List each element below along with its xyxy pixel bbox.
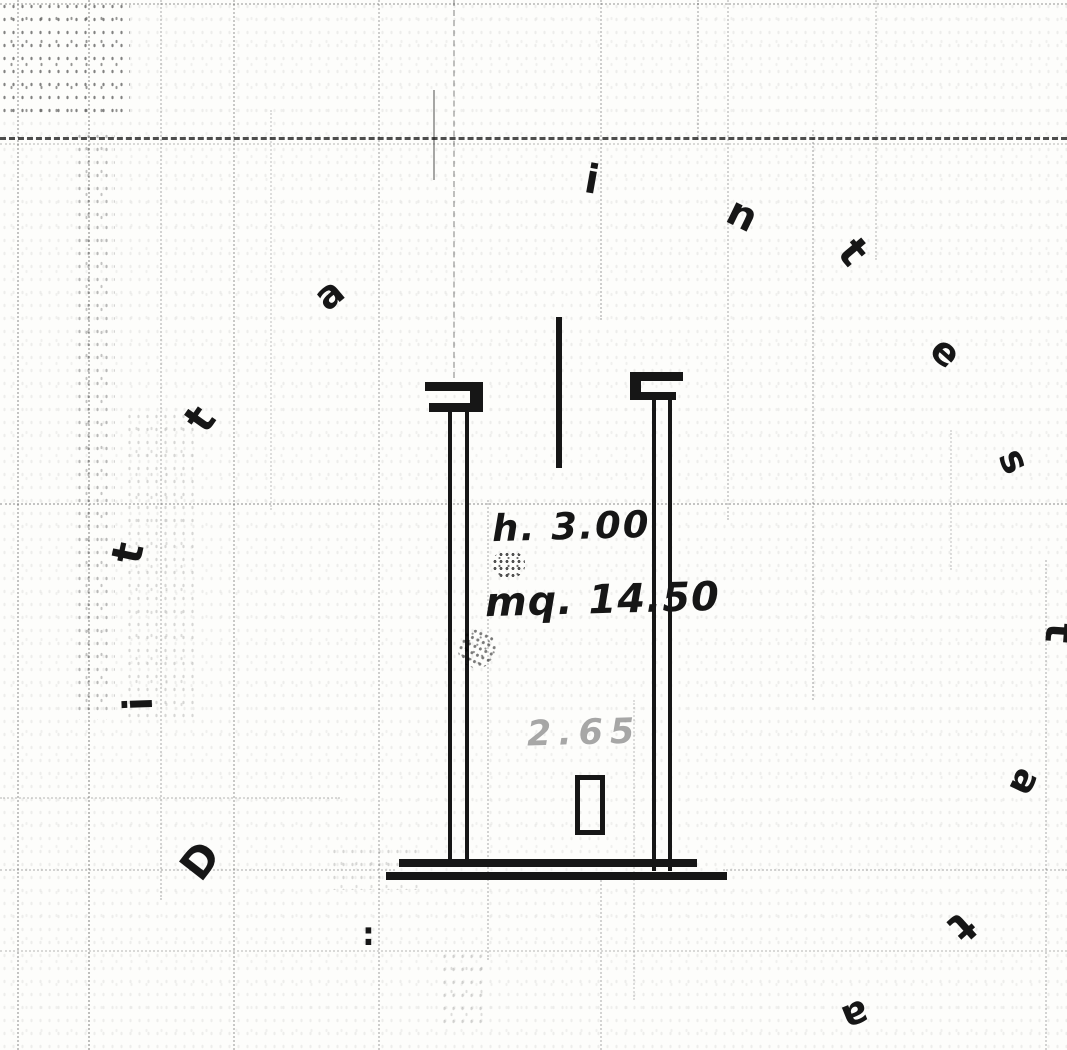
grid-line — [812, 130, 814, 700]
circular-letter: D — [173, 834, 228, 887]
grid-line — [697, 0, 699, 140]
circular-letter: a — [307, 271, 351, 317]
circular-letter: t — [830, 231, 875, 273]
height-annotation: h. 3.00 — [492, 506, 651, 547]
grid-line — [723, 869, 1067, 871]
noise-patch — [330, 845, 420, 890]
area-annotation: mq. 14.50 — [485, 577, 721, 623]
grid-line — [378, 0, 380, 1050]
grid-line — [0, 950, 1067, 952]
door-leaf-line — [556, 317, 562, 468]
circular-letter: t — [105, 539, 150, 567]
grid-line — [727, 0, 729, 520]
grid-line — [0, 143, 1067, 145]
circular-letter: s — [992, 443, 1036, 479]
floor-base-line-outer — [386, 872, 727, 880]
width-annotation-faint: 2.65 — [527, 715, 642, 753]
flue-rectangle — [575, 775, 605, 835]
scanned-document-page: h. 3.00 mq. 14.50 2.65 Dittaintestata : — [0, 0, 1067, 1050]
circular-letter: a — [837, 994, 875, 1039]
circular-letter: t — [177, 399, 223, 440]
grid-line — [600, 880, 602, 1050]
circular-letter: i — [119, 696, 159, 711]
grid-line — [270, 110, 272, 510]
grid-line — [487, 500, 489, 960]
right-wall-line — [652, 399, 672, 871]
grid-line — [17, 0, 19, 1050]
noise-patch — [75, 130, 115, 720]
dark-scan-line — [0, 137, 1067, 140]
grid-line — [453, 0, 455, 388]
grid-line — [0, 797, 340, 799]
circular-letter: t — [1038, 622, 1067, 645]
grid-line — [160, 0, 162, 900]
noise-patch — [440, 950, 485, 1030]
ink-smudge — [492, 551, 525, 578]
grid-line — [433, 90, 435, 180]
circular-letter: e — [924, 329, 969, 374]
floor-base-line-inner — [399, 859, 697, 867]
grid-line — [950, 430, 952, 570]
circular-letter: a — [1003, 763, 1048, 803]
grid-line — [875, 0, 877, 260]
grid-line — [233, 0, 235, 1050]
grid-line — [0, 3, 1067, 5]
grid-line — [0, 503, 1067, 505]
grid-line — [88, 0, 90, 1050]
circular-text-colon: : — [362, 918, 375, 950]
circular-letter: t — [941, 905, 984, 950]
noise-patch — [0, 0, 130, 118]
